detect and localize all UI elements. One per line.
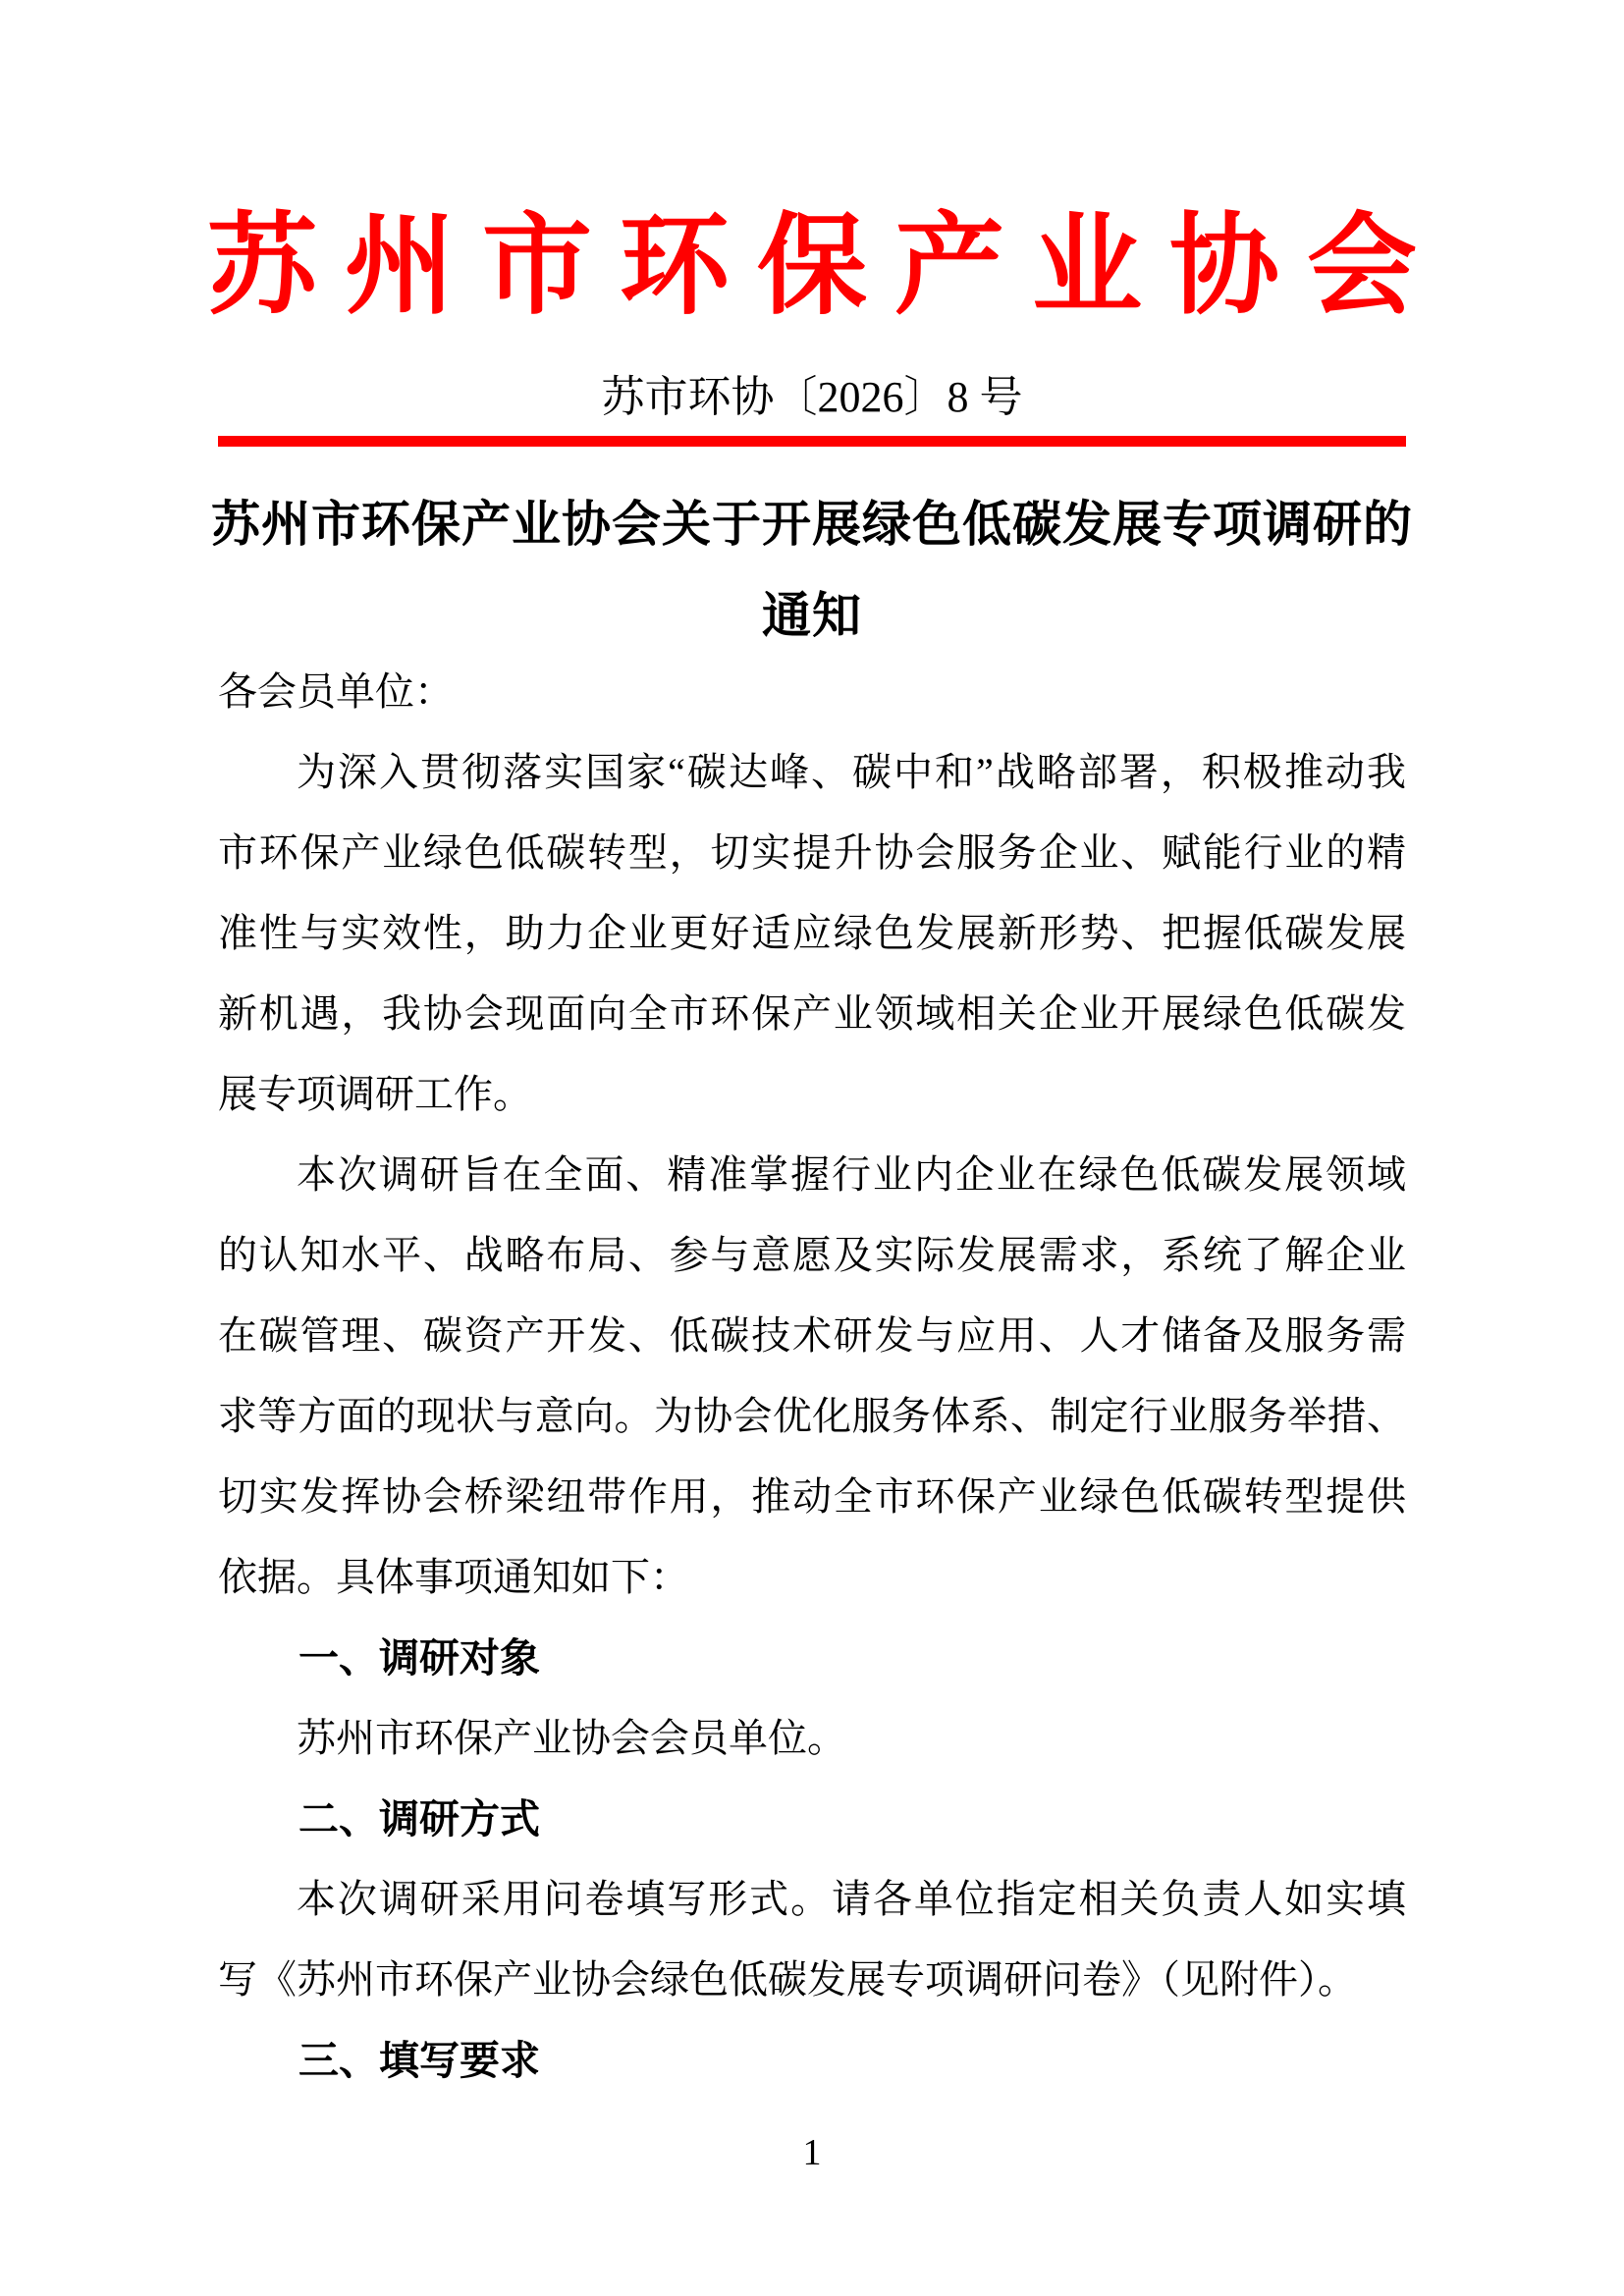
section-heading: 三、填写要求 [218, 2020, 1406, 2101]
section-heading: 一、调研对象 [218, 1618, 1406, 1698]
body-line: 写《苏州市环保产业协会绿色低碳发展专项调研问卷》（见附件）。 [218, 1940, 1406, 2020]
body-line: 苏州市环保产业协会会员单位。 [218, 1698, 1406, 1779]
document-page: 苏 州 市 环 保 产 业 协 会 苏市环协〔2026〕8 号 苏州市环保产业协… [0, 0, 1624, 2296]
body-line: 切实发挥协会桥梁纽带作用，推动全市环保产业绿色低碳转型提供 [218, 1457, 1406, 1537]
body-line: 准性与实效性，助力企业更好适应绿色发展新形势、把握低碳发展 [218, 893, 1406, 974]
body-line: 三、填写要求 [218, 2020, 1406, 2101]
masthead-org-name: 苏 州 市 环 保 产 业 协 会 [0, 209, 1624, 325]
body-line: 本次调研旨在全面、精准掌握行业内企业在绿色低碳发展领域 [218, 1135, 1406, 1215]
page-number: 1 [0, 2128, 1624, 2177]
document-title-line2: 通知 [118, 570, 1506, 662]
body-paragraph: 本次调研采用问卷填写形式。请各单位指定相关负责人如实填写《苏州市环保产业协会绿色… [218, 1859, 1406, 2020]
body-line: 二、调研方式 [218, 1779, 1406, 1859]
body-line: 展专项调研工作。 [218, 1054, 1406, 1135]
body-line: 依据。具体事项通知如下： [218, 1537, 1406, 1618]
document-title: 苏州市环保产业协会关于开展绿色低碳发展专项调研的 通知 [118, 479, 1506, 662]
body-line: 求等方面的现状与意向。为协会优化服务体系、制定行业服务举措、 [218, 1376, 1406, 1457]
body-line: 为深入贯彻落实国家“碳达峰、碳中和”战略部署，积极推动我 [218, 732, 1406, 813]
body-line: 市环保产业绿色低碳转型，切实提升协会服务企业、赋能行业的精 [218, 813, 1406, 893]
body-line: 在碳管理、碳资产开发、低碳技术研发与应用、人才储备及服务需 [218, 1296, 1406, 1376]
document-body: 各会员单位：为深入贯彻落实国家“碳达峰、碳中和”战略部署，积极推动我市环保产业绿… [218, 652, 1406, 2101]
section-heading: 二、调研方式 [218, 1779, 1406, 1859]
body-paragraph: 本次调研旨在全面、精准掌握行业内企业在绿色低碳发展领域的认知水平、战略布局、参与… [218, 1135, 1406, 1618]
salutation: 各会员单位： [218, 652, 1406, 732]
body-line: 本次调研采用问卷填写形式。请各单位指定相关负责人如实填 [218, 1859, 1406, 1940]
body-line: 一、调研对象 [218, 1618, 1406, 1698]
body-paragraph: 为深入贯彻落实国家“碳达峰、碳中和”战略部署，积极推动我市环保产业绿色低碳转型，… [218, 732, 1406, 1135]
doc-number: 苏市环协〔2026〕8 号 [0, 369, 1624, 426]
body-paragraph: 苏州市环保产业协会会员单位。 [218, 1698, 1406, 1779]
body-line: 的认知水平、战略布局、参与意愿及实际发展需求，系统了解企业 [218, 1215, 1406, 1296]
red-header-rule [218, 436, 1406, 447]
document-title-line1: 苏州市环保产业协会关于开展绿色低碳发展专项调研的 [118, 479, 1506, 570]
body-line: 各会员单位： [218, 652, 1406, 732]
body-line: 新机遇，我协会现面向全市环保产业领域相关企业开展绿色低碳发 [218, 974, 1406, 1054]
